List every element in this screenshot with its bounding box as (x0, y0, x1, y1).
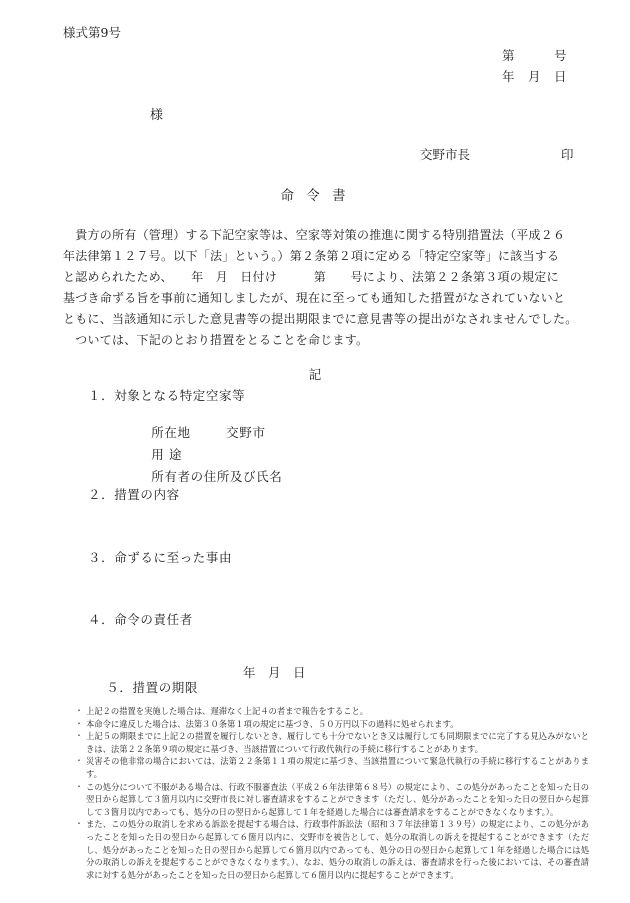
footnote-text: 本命令に違反した場合は、法第３０条第１項の規定に基づき、５０万円以下の過料に処せ… (86, 718, 589, 731)
body-line: 基づき命ずる旨を事前に通知しましたが、現在に至っても通知した措置がなされていない… (63, 288, 573, 309)
bullet-icon: ・ (75, 718, 83, 731)
body-line: と認められたため、 年 月 日付け 第 号により、法第２２条第３項の規定に (63, 267, 573, 288)
item-3-heading: ３．命ずるに至った事由 (88, 548, 232, 566)
body-line: ついては、下記のとおり措置をとることを命じます。 (63, 330, 573, 351)
body-line: 貴方の所有（管理）する下記空家等は、空家等対策の推進に関する特別措置法（平成２６ (63, 225, 573, 246)
item-5-date: 年 月 日 (243, 663, 306, 681)
footnote-text: また、この処分の取消しを求める訴訟を提起する場合は、行政事件訴訟法（昭和３７年法… (86, 818, 589, 881)
owner-label: 所有者の住所及び氏名 (151, 469, 282, 484)
body-paragraph: 貴方の所有（管理）する下記空家等は、空家等対策の推進に関する特別措置法（平成２６… (63, 225, 573, 351)
footnote-text: 上記２の措置を実施した場合は、遅滞なく上記４の者まで報告をすること。 (86, 705, 589, 718)
document-page: 様式第9号 第 号 年 月 日 様 交野市長 印 命 令 書 貴方の所有（管理）… (0, 0, 630, 903)
item-1-heading: １．対象となる特定空家等 (88, 386, 245, 404)
footnotes-list: ・ 上記２の措置を実施した場合は、遅滞なく上記４の者まで報告をすること。 ・ 本… (75, 705, 589, 881)
issuer-name: 交野市長 (420, 145, 470, 163)
item-2-heading: ２．措置の内容 (88, 485, 180, 503)
document-title: 命 令 書 (63, 184, 567, 204)
bullet-icon: ・ (75, 705, 83, 718)
footnote-text: 災害その他非常の場合においては、法第２２条第１１項の規定に基づき、当該措置につい… (86, 755, 589, 780)
footnote-item: ・ 本命令に違反した場合は、法第３０条第１項の規定に基づき、５０万円以下の過料に… (75, 718, 589, 731)
footnote-item: ・ 災害その他非常の場合においては、法第２２条第１１項の規定に基づき、当該措置に… (75, 755, 589, 780)
seal-mark: 印 (561, 145, 574, 163)
bullet-icon: ・ (75, 818, 83, 831)
issuer-line: 交野市長 印 (0, 145, 630, 163)
item-4-heading: ４．命令の責任者 (88, 610, 193, 628)
footnote-item: ・ また、この処分の取消しを求める訴訟を提起する場合は、行政事件訴訟法（昭和３７… (75, 818, 589, 881)
footnote-item: ・ 上記５の期限までに上記２の措置を履行しないとき、履行しても十分でないとき又は… (75, 730, 589, 755)
ki-heading: 記 (63, 365, 567, 383)
body-line: 年法律第１２７号。以下「法」という。）第２条第２項に定める「特定空家等」に該当す… (63, 246, 573, 267)
footnote-text: この処分について不服がある場合は、行政不服審査法（平成２６年法律第６８号）の規定… (86, 781, 589, 819)
bullet-icon: ・ (75, 755, 83, 768)
body-line: ともに、当該通知に示した意見書等の提出期限までに意見書等の提出がなされませんでし… (63, 309, 573, 330)
footnote-item: ・ 上記２の措置を実施した場合は、遅滞なく上記４の者まで報告をすること。 (75, 705, 589, 718)
item-5-heading: ５．措置の期限 (106, 680, 198, 695)
location-value: 交野市 (226, 425, 265, 440)
addressee-honorific: 様 (150, 104, 163, 123)
form-number: 様式第9号 (63, 23, 121, 41)
date-line: 年 月 日 (63, 67, 567, 85)
footnote-text: 上記５の期限までに上記２の措置を履行しないとき、履行しても十分でないとき又は履行… (86, 730, 589, 755)
bullet-icon: ・ (75, 781, 83, 794)
footnote-item: ・ この処分について不服がある場合は、行政不服審査法（平成２６年法律第６８号）の… (75, 781, 589, 819)
document-number-line: 第 号 (63, 46, 567, 64)
bullet-icon: ・ (75, 730, 83, 743)
